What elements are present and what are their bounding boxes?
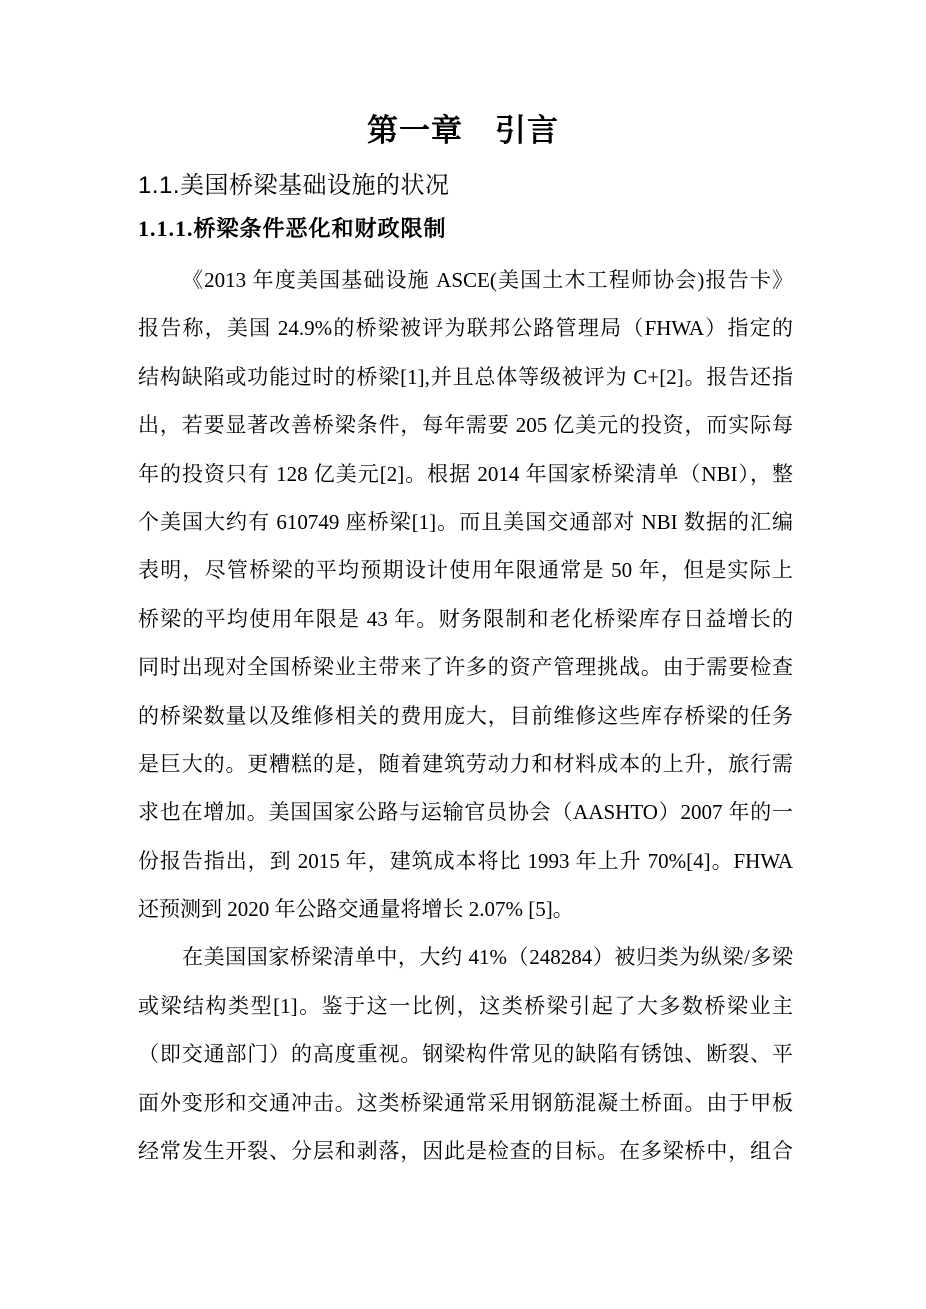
paragraph1-line: 求也在增加。美国国家公路与运输官员协会（AASHTO）2007 年的一 (138, 788, 793, 836)
paragraph1-line: 表明，尽管桥梁的平均预期设计使用年限通常是 50 年，但是实际上 (138, 546, 793, 594)
paragraph2-line: 或梁结构类型[1]。鉴于这一比例，这类桥梁引起了大多数桥梁业主 (138, 982, 793, 1030)
document-page: 第一章 引言 1.1.美国桥梁基础设施的状况 1.1.1.桥梁条件恶化和财政限制… (0, 0, 926, 1309)
paragraph1-line: 结构缺陷或功能过时的桥梁[1],并且总体等级被评为 C+[2]。报告还指 (138, 353, 793, 401)
paragraph1-line: 个美国大约有 610749 座桥梁[1]。而且美国交通部对 NBI 数据的汇编 (138, 498, 793, 546)
paragraph1-line: 出，若要显著改善桥梁条件，每年需要 205 亿美元的投资，而实际每 (138, 401, 793, 449)
paragraph1-line: 的桥梁数量以及维修相关的费用庞大，目前维修这些库存桥梁的任务 (138, 692, 793, 740)
paragraph1-line: 年的投资只有 128 亿美元[2]。根据 2014 年国家桥梁清单（NBI），整 (138, 450, 793, 498)
paragraph1-line: 是巨大的。更糟糕的是，随着建筑劳动力和材料成本的上升，旅行需 (138, 740, 793, 788)
section-heading: 1.1.美国桥梁基础设施的状况 (138, 170, 450, 202)
paragraph1-line: 《2013 年度美国基础设施 ASCE(美国土木工程师协会)报告卡》 (138, 256, 793, 304)
paragraph1-line: 桥梁的平均使用年限是 43 年。财务限制和老化桥梁库存日益增长的 (138, 595, 793, 643)
paragraph1-line: 同时出现对全国桥梁业主带来了许多的资产管理挑战。由于需要检查 (138, 643, 793, 691)
subsection-heading: 1.1.1.桥梁条件恶化和财政限制 (138, 213, 447, 245)
paragraph2-line: 经常发生开裂、分层和剥落，因此是检查的目标。在多梁桥中，组合 (138, 1127, 793, 1175)
paragraph2-line: （即交通部门）的高度重视。钢梁构件常见的缺陷有锈蚀、断裂、平 (138, 1030, 793, 1078)
chapter-title: 第一章 引言 (0, 110, 926, 152)
body-text: 《2013 年度美国基础设施 ASCE(美国土木工程师协会)报告卡》 报告称，美… (138, 256, 793, 1175)
paragraph1-line: 还预测到 2020 年公路交通量将增长 2.07% [5]。 (138, 885, 793, 933)
paragraph2-line: 在美国国家桥梁清单中，大约 41%（248284）被归类为纵梁/多梁 (138, 933, 793, 981)
paragraph2-line: 面外变形和交通冲击。这类桥梁通常采用钢筋混凝土桥面。由于甲板 (138, 1079, 793, 1127)
paragraph1-line: 份报告指出，到 2015 年，建筑成本将比 1993 年上升 70%[4]。FH… (138, 837, 793, 885)
paragraph1-line: 报告称，美国 24.9%的桥梁被评为联邦公路管理局（FHWA）指定的 (138, 304, 793, 352)
